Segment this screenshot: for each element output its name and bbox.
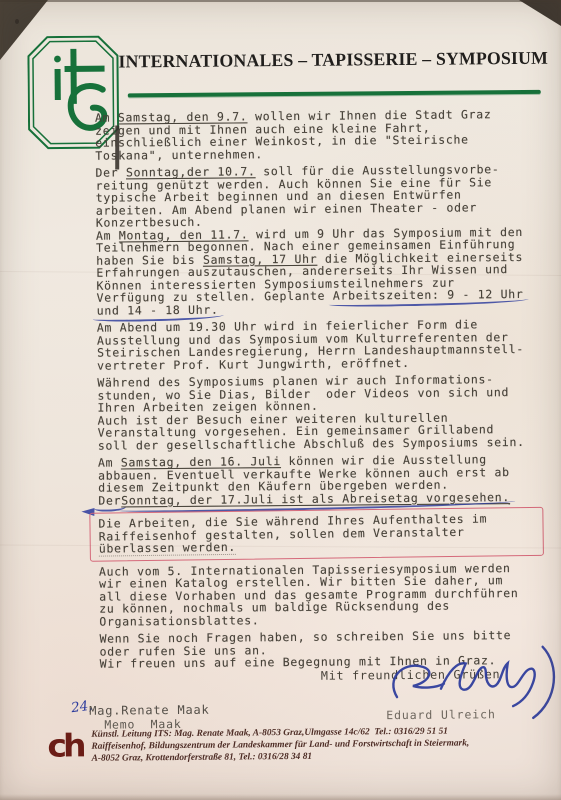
- typed-line: Verfügung zu stellen. Geplante Arbeitsze…: [96, 288, 548, 304]
- boxed-note: Die Arbeiten, die Sie während Ihres Aufe…: [89, 507, 544, 561]
- green-rule: [128, 90, 541, 97]
- letter-title: INTERNATIONALES – TAPISSERIE – SYMPOSIUM: [118, 48, 542, 73]
- scanned-letter-page: INTERNATIONALES – TAPISSERIE – SYMPOSIUM…: [0, 0, 561, 800]
- typed-line: vertreter Prof. Kurt Jungwirth, eröffnet…: [97, 355, 549, 371]
- letter-body: Am Samstag, den 9.7. wollen wir Ihnen di…: [95, 108, 552, 670]
- typed-line: DerSonntag, der 17.Juli ist als Abreiset…: [98, 490, 550, 506]
- scan-edge-bottom: [0, 794, 561, 800]
- paragraph-saturday-16-july: Am Samstag, den 16. Juli können wir die …: [98, 453, 550, 507]
- scan-speck: [15, 19, 19, 24]
- paragraph-sunday-10-july: Der Sonntag,der 10.7. soll für die Ausst…: [95, 163, 548, 229]
- footer-address-block: Künstl. Leitung ITS: Mag. Renate Maak, A…: [91, 724, 559, 765]
- typed-line: soll der gesellschaftliche Abschluß des …: [98, 435, 550, 451]
- paragraph-monday-11-july: Am Montag, den 11.7. wird um 9 Uhr das S…: [96, 225, 549, 316]
- raiffeisenhof-logo: ch: [47, 728, 89, 766]
- eduard-ulreich-signature-ink: [383, 642, 561, 732]
- paragraph-saturday-9-july: Am Samstag, den 9.7. wollen wir Ihnen di…: [95, 108, 547, 162]
- sender-name: Mag.Renate Maak: [89, 703, 209, 718]
- scan-edge-top: [0, 0, 561, 2]
- page-content: INTERNATIONALES – TAPISSERIE – SYMPOSIUM…: [0, 0, 561, 800]
- paragraph-catalog: Auch vom 5. Internationalen Tapisseriesy…: [99, 561, 552, 627]
- paragraph-opening-ceremony: Am Abend um 19.30 Uhr wird in feierliche…: [97, 318, 549, 372]
- paragraph-information-hours: Während des Symposiums planen wir auch I…: [97, 373, 550, 452]
